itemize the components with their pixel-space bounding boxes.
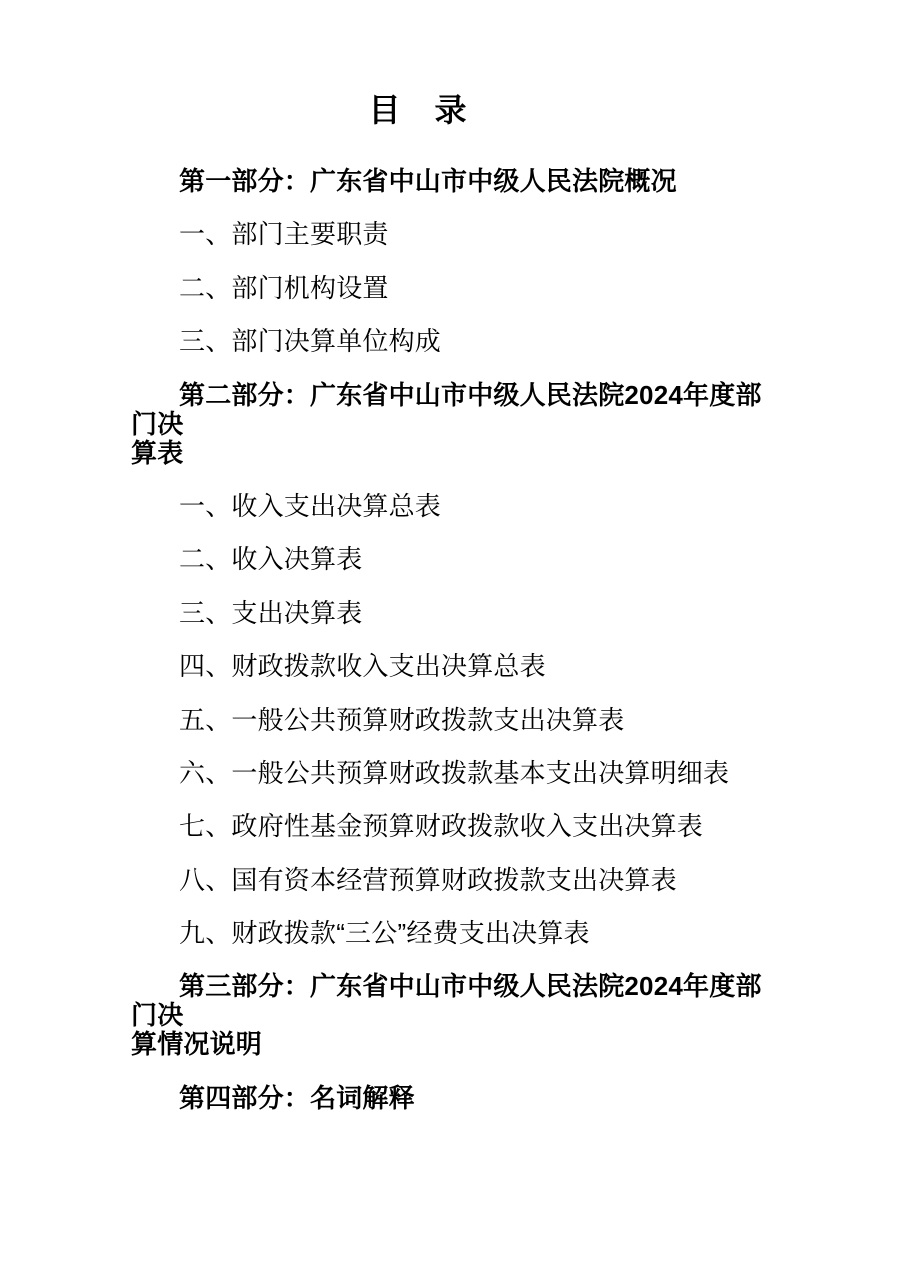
document-page: 目 录 第一部分：广东省中山市中级人民法院概况 一、部门主要职责 二、部门机构设… xyxy=(0,0,899,1273)
toc-part4-heading: 第四部分：名词解释 xyxy=(131,1084,781,1113)
toc-item-public-budget-basic-detail: 六、一般公共预算财政拨款基本支出决算明细表 xyxy=(131,759,781,788)
toc-item-dept-structure: 二、部门机构设置 xyxy=(131,274,781,303)
toc-item-income-expense-summary: 一、收入支出决算总表 xyxy=(131,492,781,521)
toc-item-dept-duties: 一、部门主要职责 xyxy=(131,220,781,249)
toc-item-three-public-expense: 九、财政拨款“三公”经费支出决算表 xyxy=(131,919,781,948)
toc-part2-heading: 第二部分：广东省中山市中级人民法院2024年度部门决 算表 xyxy=(131,381,781,468)
toc-part1-heading: 第一部分：广东省中山市中级人民法院概况 xyxy=(131,167,781,196)
toc-item-state-capital-budget: 八、国有资本经营预算财政拨款支出决算表 xyxy=(131,866,781,895)
toc-item-gov-fund-budget: 七、政府性基金预算财政拨款收入支出决算表 xyxy=(131,812,781,841)
toc-item-income-table: 二、收入决算表 xyxy=(131,545,781,574)
toc-item-public-budget-expense: 五、一般公共预算财政拨款支出决算表 xyxy=(131,706,781,735)
toc-item-expense-table: 三、支出决算表 xyxy=(131,599,781,628)
toc-part3-heading: 第三部分：广东省中山市中级人民法院2024年度部门决 算情况说明 xyxy=(131,972,781,1059)
toc-item-dept-units: 三、部门决算单位构成 xyxy=(131,327,781,356)
toc-item-fiscal-summary: 四、财政拨款收入支出决算总表 xyxy=(131,652,781,681)
page-title: 目 录 xyxy=(93,88,743,132)
